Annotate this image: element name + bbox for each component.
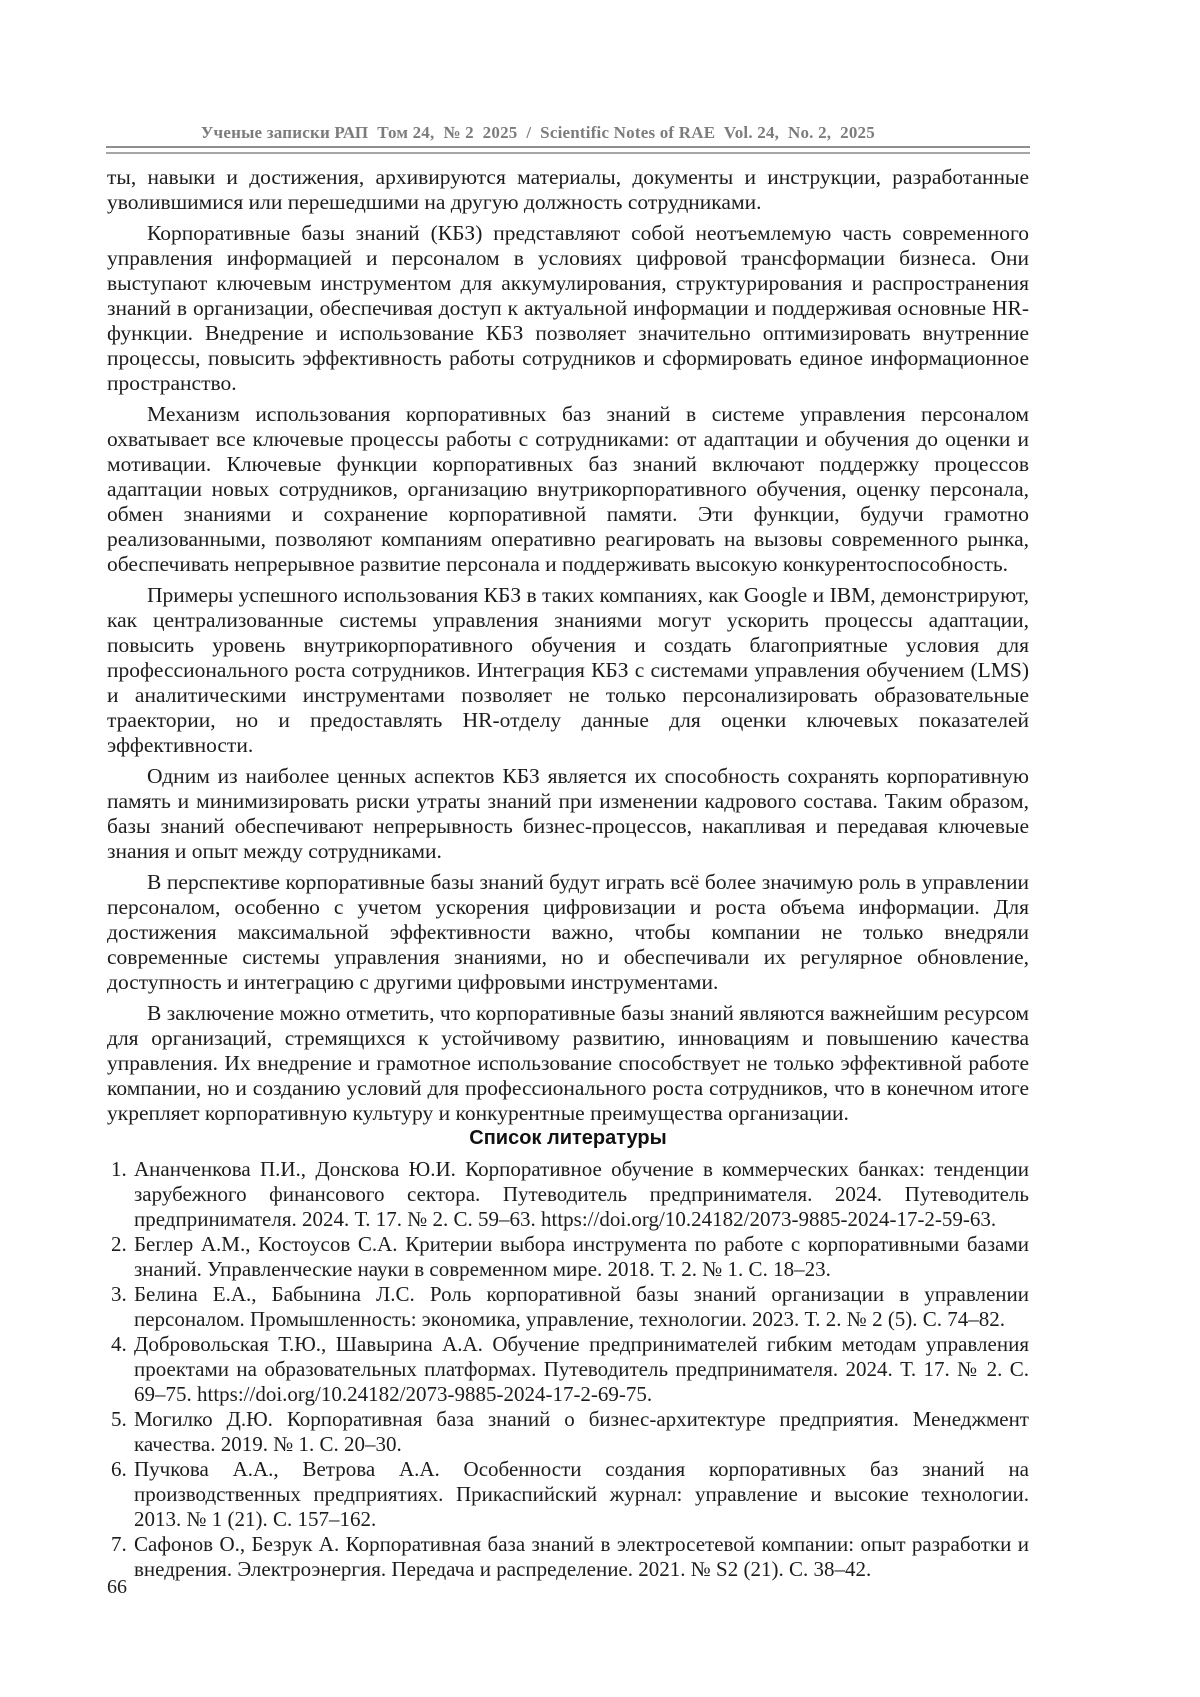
- references-list: 1. Ананченкова П.И., Донскова Ю.И. Корпо…: [107, 1157, 1029, 1582]
- reference-item: 5. Могилко Д.Ю. Корпоративная база знани…: [107, 1407, 1029, 1457]
- running-head: Ученые записки РАП Том 24, № 2 2025 / Sc…: [68, 103, 990, 163]
- reference-item: 1. Ананченкова П.И., Донскова Ю.И. Корпо…: [107, 1157, 1029, 1232]
- reference-number: 4.: [111, 1332, 127, 1357]
- reference-text: Сафонов О., Безрук А. Корпоративная база…: [134, 1532, 1029, 1581]
- reference-text: Беглер А.М., Костоусов С.А. Критерии выб…: [134, 1232, 1029, 1281]
- reference-item: 2. Беглер А.М., Костоусов С.А. Критерии …: [107, 1232, 1029, 1282]
- reference-text: Добровольская Т.Ю., Шавырина А.А. Обучен…: [134, 1332, 1029, 1406]
- running-head-text: Ученые записки РАП Том 24, № 2 2025 / Sc…: [201, 123, 875, 142]
- body-paragraph: В заключение можно отметить, что корпора…: [107, 1001, 1029, 1126]
- body-paragraph: Одним из наиболее ценных аспектов КБЗ яв…: [107, 764, 1029, 864]
- references-heading: Список литературы: [107, 1127, 1029, 1150]
- reference-number: 6.: [111, 1457, 127, 1482]
- body-paragraph: ты, навыки и достижения, архивируются ма…: [107, 165, 1029, 215]
- body-paragraph: Примеры успешного использования КБЗ в та…: [107, 583, 1029, 758]
- article-body: ты, навыки и достижения, архивируются ма…: [107, 165, 1029, 1132]
- body-paragraph: Корпоративные базы знаний (КБЗ) представ…: [107, 221, 1029, 396]
- reference-item: 7. Сафонов О., Безрук А. Корпоративная б…: [107, 1532, 1029, 1582]
- header-divider: [106, 146, 1030, 154]
- body-paragraph: Механизм использования корпоративных баз…: [107, 402, 1029, 577]
- divider-line-top: [106, 146, 1030, 148]
- reference-item: 3. Белина Е.А., Бабынина Л.С. Роль корпо…: [107, 1282, 1029, 1332]
- reference-number: 5.: [111, 1407, 127, 1432]
- reference-item: 6. Пучкова А.А., Ветрова А.А. Особенност…: [107, 1457, 1029, 1532]
- reference-number: 3.: [111, 1282, 127, 1307]
- reference-text: Пучкова А.А., Ветрова А.А. Особенности с…: [134, 1457, 1029, 1531]
- reference-text: Ананченкова П.И., Донскова Ю.И. Корпорат…: [134, 1157, 1029, 1231]
- journal-page: Ученые записки РАП Том 24, № 2 2025 / Sc…: [0, 0, 1200, 1697]
- reference-number: 7.: [111, 1532, 127, 1557]
- reference-text: Могилко Д.Ю. Корпоративная база знаний о…: [134, 1407, 1029, 1456]
- divider-line-bottom: [106, 152, 1030, 154]
- reference-item: 4. Добровольская Т.Ю., Шавырина А.А. Обу…: [107, 1332, 1029, 1407]
- reference-number: 2.: [111, 1232, 127, 1257]
- reference-number: 1.: [111, 1157, 127, 1182]
- body-paragraph: В перспективе корпоративные базы знаний …: [107, 870, 1029, 995]
- reference-text: Белина Е.А., Бабынина Л.С. Роль корпорат…: [134, 1282, 1029, 1331]
- page-number: 66: [107, 1576, 127, 1599]
